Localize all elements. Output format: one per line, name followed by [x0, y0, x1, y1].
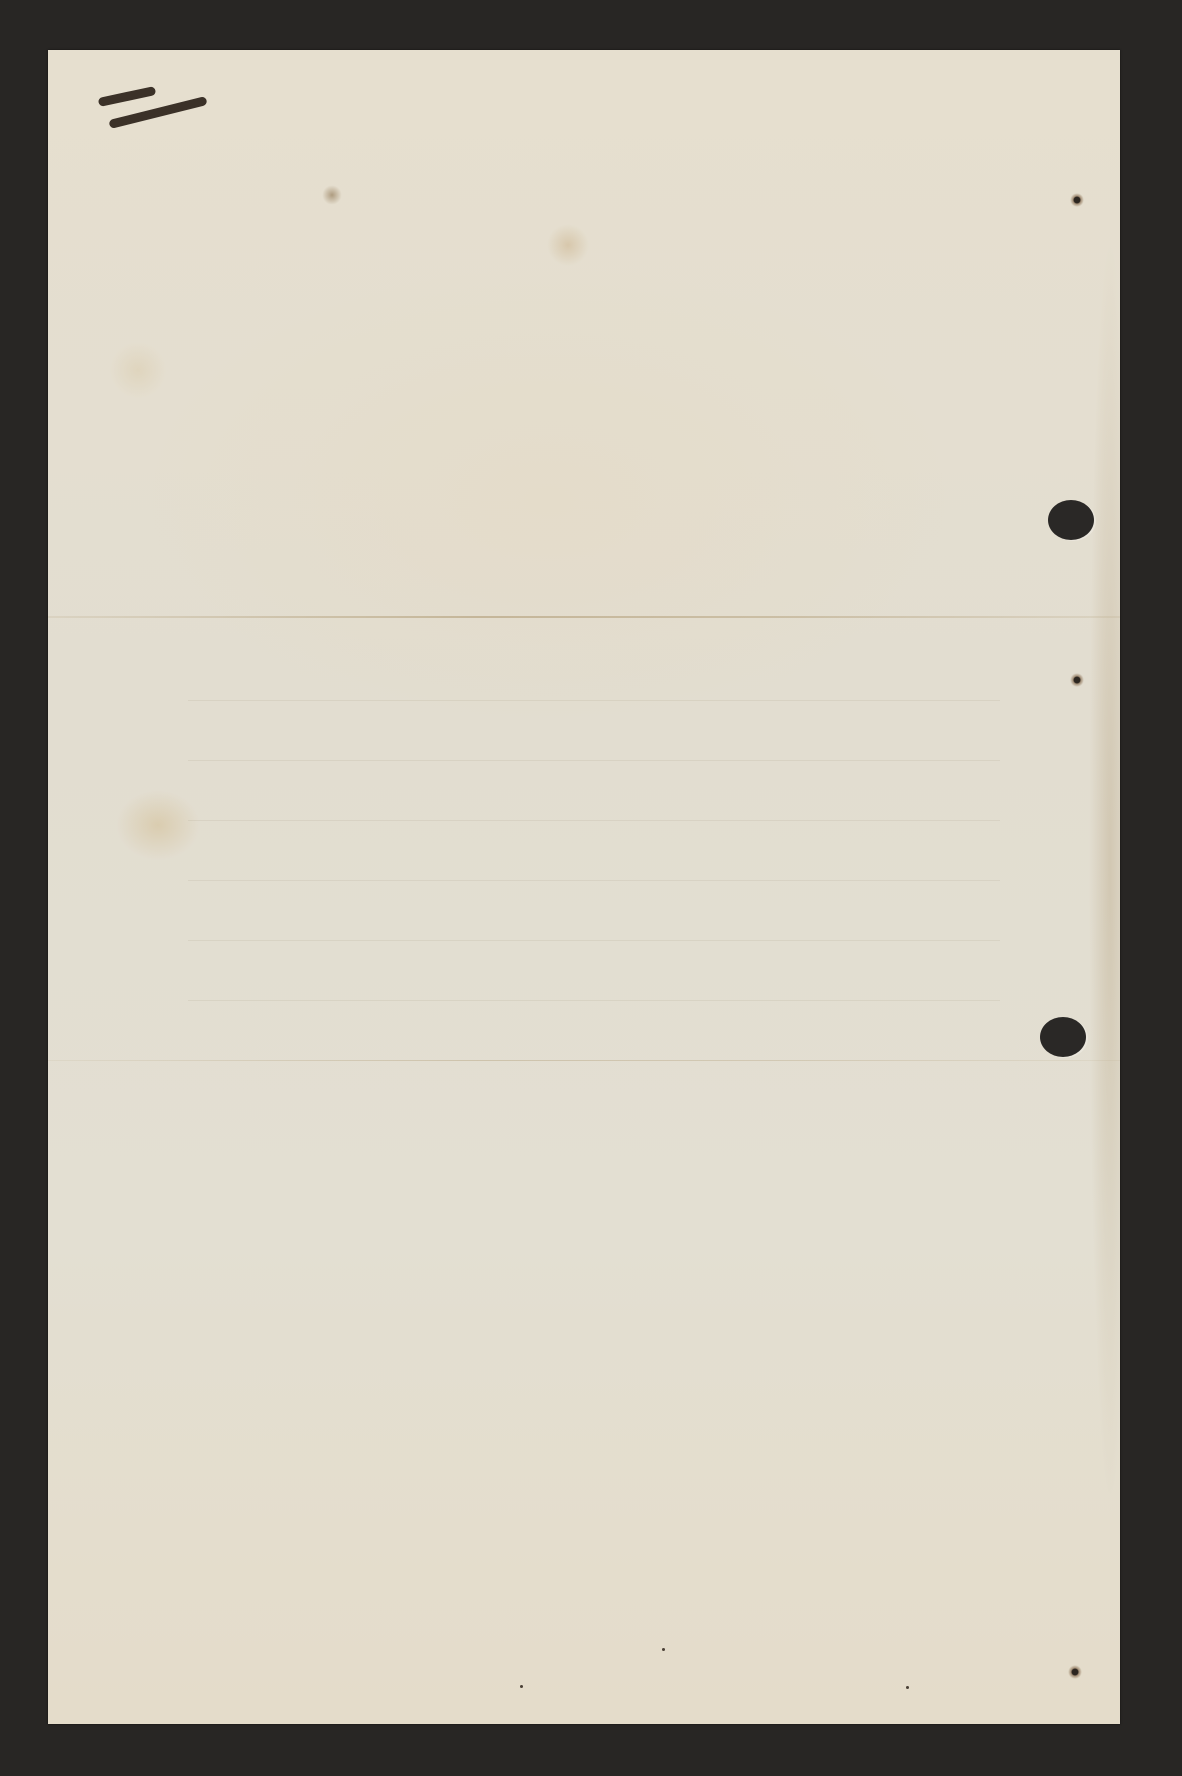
show-through-line — [188, 940, 1000, 941]
punch-hole — [1040, 1017, 1086, 1057]
fold-line — [48, 1060, 1120, 1061]
show-through-line — [188, 760, 1000, 761]
show-through-line — [188, 700, 1000, 701]
speck — [662, 1648, 665, 1651]
show-through-line — [188, 820, 1000, 821]
show-through-line — [188, 880, 1000, 881]
speck — [906, 1686, 909, 1689]
tack-hole — [1070, 193, 1084, 207]
show-through-line — [188, 1000, 1000, 1001]
ink-mark — [98, 86, 157, 107]
tack-hole — [1070, 673, 1084, 687]
tack-hole — [1068, 1665, 1082, 1679]
speck — [520, 1685, 523, 1688]
punch-hole — [1048, 500, 1094, 540]
fold-line — [48, 616, 1120, 618]
paper-sheet — [48, 50, 1120, 1724]
